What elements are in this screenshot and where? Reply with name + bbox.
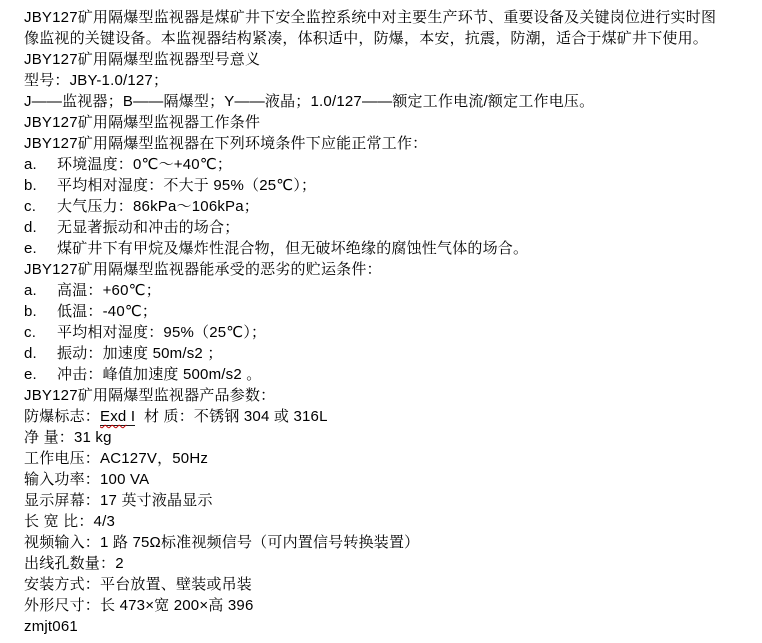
spec-video-input: 视频输入：1 路 75Ω标准视频信号（可内置信号转换装置） (24, 532, 744, 553)
list-marker: d. (24, 217, 57, 238)
list-item-text: 高温：+60℃； (57, 282, 161, 299)
spec-label: 防爆标志： (24, 408, 100, 425)
working-conditions-intro: JBY127矿用隔爆型监视器在下列环境条件下应能正常工作： (24, 133, 744, 154)
spec-outer-dimensions: 外形尺寸：长 473×宽 200×高 396 (24, 595, 744, 616)
spec-outlet-hole-count: 出线孔数量：2 (24, 553, 744, 574)
list-marker: e. (24, 238, 57, 259)
model-code-explanation: J——监视器；B——隔爆型；Y——液晶；1.0/127——额定工作电流/额定工作… (24, 91, 744, 112)
section-heading-product-parameters: JBY127矿用隔爆型监视器产品参数： (24, 385, 744, 406)
watermark-code: zmjt061 (24, 616, 744, 637)
list-item-working-b: b.平均相对湿度：不大于 95%（25℃）； (24, 175, 744, 196)
list-item-text: 冲击：峰值加速度 500m/s2 。 (57, 366, 261, 383)
list-item-working-e: e.煤矿井下有甲烷及爆炸性混合物，但无破坏绝缘的腐蚀性气体的场合。 (24, 238, 744, 259)
explosion-proof-code: Exd I (100, 408, 135, 426)
list-item-storage-c: c.平均相对湿度：95%（25℃）； (24, 322, 744, 343)
section-heading-working-conditions: JBY127矿用隔爆型监视器工作条件 (24, 112, 744, 133)
list-item-text: 煤矿井下有甲烷及爆炸性混合物，但无破坏绝缘的腐蚀性气体的场合。 (57, 240, 528, 257)
list-item-working-a: a.环境温度：0℃～+40℃； (24, 154, 744, 175)
list-marker: a. (24, 280, 57, 301)
spellcheck-flagged-text: Exd (100, 408, 126, 425)
list-item-storage-d: d.振动：加速度 50m/s2 ； (24, 343, 744, 364)
list-item-storage-a: a.高温：+60℃； (24, 280, 744, 301)
model-number-line: 型号：JBY-1.0/127； (24, 70, 744, 91)
list-item-working-c: c.大气压力：86kPa～106kPa； (24, 196, 744, 217)
list-item-storage-b: b.低温：-40℃； (24, 301, 744, 322)
spec-aspect-ratio: 长 宽 比：4/3 (24, 511, 744, 532)
spec-explosion-proof-mark: 防爆标志：Exd I 材 质：不锈钢 304 或 316L (24, 406, 744, 427)
list-item-text: 低温：-40℃； (57, 303, 157, 320)
list-item-working-d: d.无显著振动和冲击的场合； (24, 217, 744, 238)
spec-material: 材 质：不锈钢 304 或 316L (135, 408, 327, 425)
spec-input-power: 输入功率：100 VA (24, 469, 744, 490)
list-item-text: 无显著振动和冲击的场合； (57, 219, 239, 236)
list-item-text: 大气压力：86kPa～106kPa； (57, 198, 259, 215)
spec-display-screen: 显示屏幕：17 英寸液晶显示 (24, 490, 744, 511)
section-heading-storage-conditions: JBY127矿用隔爆型监视器能承受的恶劣的贮运条件： (24, 259, 744, 280)
list-item-storage-e: e.冲击：峰值加速度 500m/s2 。 (24, 364, 744, 385)
list-marker: b. (24, 301, 57, 322)
document-page: JBY127矿用隔爆型监视器是煤矿井下安全监控系统中对主要生产环节、重要设备及关… (0, 0, 762, 643)
intro-paragraph-line-1: JBY127矿用隔爆型监视器是煤矿井下安全监控系统中对主要生产环节、重要设备及关… (24, 7, 744, 28)
explosion-proof-code-suffix: I (126, 408, 135, 425)
spec-net-weight: 净 量：31 kg (24, 427, 744, 448)
list-item-text: 平均相对湿度：95%（25℃）； (57, 324, 266, 341)
list-marker: c. (24, 322, 57, 343)
section-heading-model-meaning: JBY127矿用隔爆型监视器型号意义 (24, 49, 744, 70)
list-marker: d. (24, 343, 57, 364)
list-item-text: 环境温度：0℃～+40℃； (57, 156, 232, 173)
spec-working-voltage: 工作电压：AC127V，50Hz (24, 448, 744, 469)
spec-mounting-method: 安装方式：平台放置、壁装或吊装 (24, 574, 744, 595)
list-marker: b. (24, 175, 57, 196)
list-marker: e. (24, 364, 57, 385)
list-marker: c. (24, 196, 57, 217)
intro-paragraph-line-2: 像监视的关键设备。本监视器结构紧凑，体积适中，防爆，本安，抗震，防潮，适合于煤矿… (24, 28, 744, 49)
list-item-text: 平均相对湿度：不大于 95%（25℃）； (57, 177, 316, 194)
list-marker: a. (24, 154, 57, 175)
list-item-text: 振动：加速度 50m/s2 ； (57, 345, 223, 362)
